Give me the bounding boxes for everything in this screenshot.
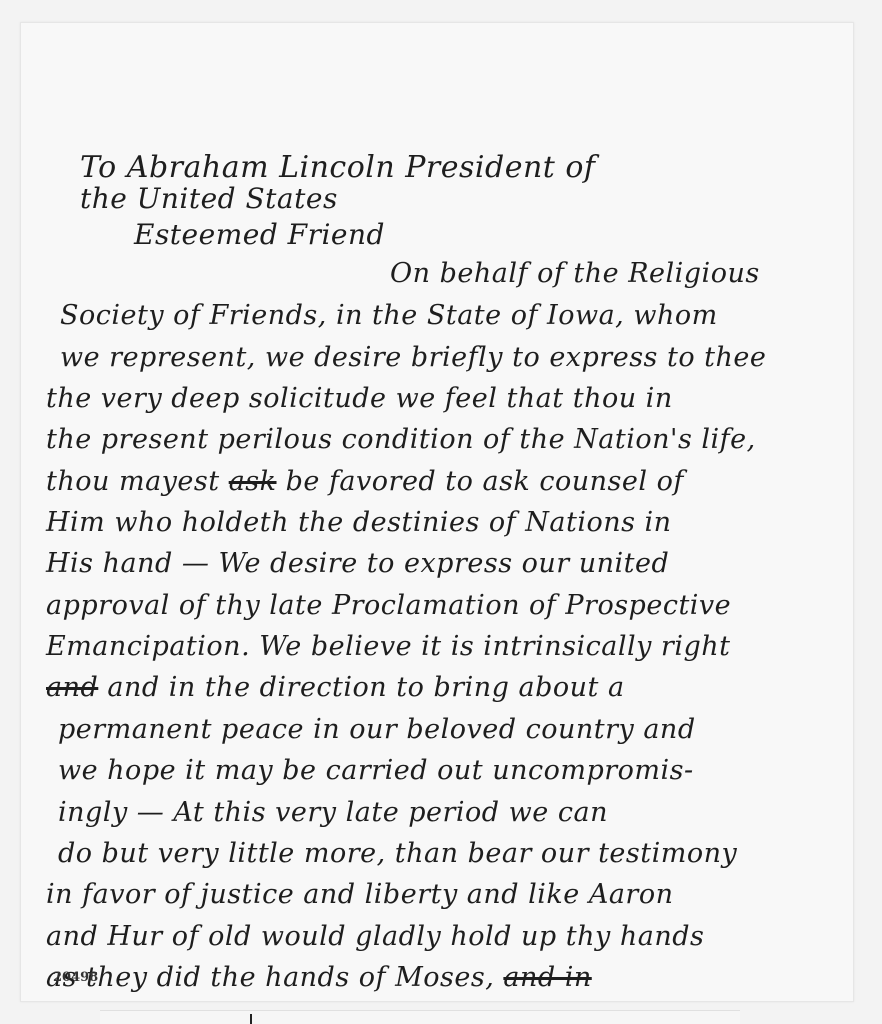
body-line-17: and Hur of old would gladly hold up thy … <box>46 921 704 952</box>
body-line-9: approval of thy late Proclamation of Pro… <box>46 590 731 621</box>
body-line-15: do but very little more, than bear our t… <box>58 838 737 869</box>
body-line-18: as they did the hands of Moses, and in <box>46 962 592 993</box>
salutation-line-2: the United States <box>80 182 338 215</box>
body-line-1: On behalf of the Religious <box>390 258 760 289</box>
body-line-11-post: and in the direction to bring about a <box>98 672 624 703</box>
body-line-4: the very deep solicitude we feel that th… <box>46 383 673 414</box>
body-line-7: Him who holdeth the destinies of Nations… <box>46 507 672 538</box>
body-line-16: in favor of justice and liberty and like… <box>46 879 673 910</box>
body-line-6: thou mayest ask be favored to ask counse… <box>46 466 684 497</box>
struck-word: ask <box>229 466 277 497</box>
salutation-line-1: To Abraham Lincoln President of <box>80 150 596 185</box>
body-line-13: we hope it may be carried out uncompromi… <box>58 755 694 786</box>
next-page-edge <box>100 1010 740 1024</box>
catalog-number: 20498 <box>53 970 98 985</box>
body-line-12: permanent peace in our beloved country a… <box>58 714 696 745</box>
body-line-8: His hand — We desire to express our unit… <box>46 548 669 579</box>
body-line-11: and and in the direction to bring about … <box>46 672 625 703</box>
body-line-14: ingly — At this very late period we can <box>58 797 608 828</box>
page-mark <box>250 1014 252 1024</box>
body-line-2: Society of Friends, in the State of Iowa… <box>60 300 718 331</box>
struck-word: and in <box>503 962 591 993</box>
body-line-18-pre: as they did the hands of Moses, <box>46 962 503 993</box>
body-line-10: Emancipation. We believe it is intrinsic… <box>46 631 731 662</box>
struck-word: and <box>46 672 98 703</box>
body-line-5: the present perilous condition of the Na… <box>46 424 756 455</box>
body-line-6-post: be favored to ask counsel of <box>277 466 684 497</box>
body-line-3: we represent, we desire briefly to expre… <box>60 342 766 373</box>
body-line-6-pre: thou mayest <box>46 466 229 497</box>
salutation-line-3: Esteemed Friend <box>134 218 385 251</box>
